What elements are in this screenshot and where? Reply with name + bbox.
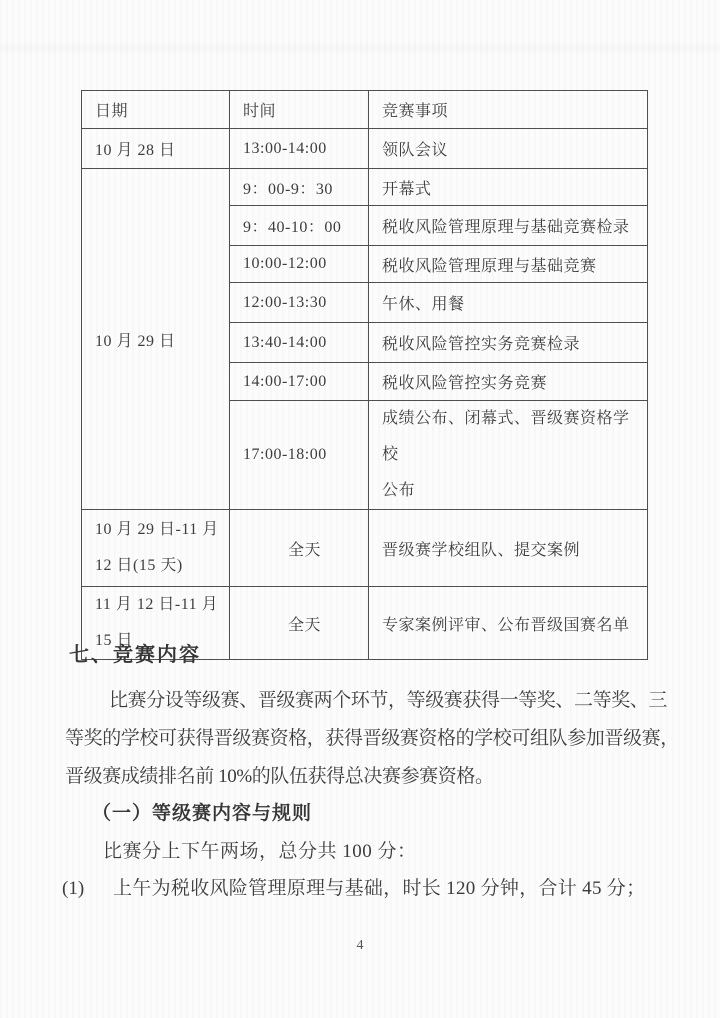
event-cell: 领队会议 xyxy=(369,129,648,169)
page-number: 4 xyxy=(0,938,720,954)
time-cell: 全天 xyxy=(230,587,369,660)
table-row: 10 月 29 日-11 月 12 日(15 天) 全天 晋级赛学校组队、提交案… xyxy=(82,510,648,587)
list-item-1: (1)上午为税收风险管理原理与基础，时长 120 分钟，合计 45 分； xyxy=(62,873,645,900)
event-cell: 税收风险管控实务竞赛 xyxy=(369,363,648,401)
date-cell-merged: 10 月 29 日 xyxy=(82,169,230,510)
document-page: 日期 时间 竞赛事项 10 月 28 日 13:00-14:00 领队会议 10… xyxy=(0,0,720,1018)
col-header-time: 时间 xyxy=(230,91,369,129)
schedule-table: 日期 时间 竞赛事项 10 月 28 日 13:00-14:00 领队会议 10… xyxy=(81,90,648,660)
time-cell: 14:00-17:00 xyxy=(230,363,369,401)
paragraph-line: 等奖的学校可获得晋级赛资格，获得晋级赛资格的学校可组队参加晋级赛， xyxy=(65,723,679,750)
table-header-row: 日期 时间 竞赛事项 xyxy=(82,91,648,129)
table-row: 10 月 29 日 9：00-9：30 开幕式 xyxy=(82,169,648,206)
event-cell: 成绩公布、闭幕式、晋级赛资格学校 公布 xyxy=(369,401,648,510)
paragraph-line: 比赛分设等级赛、晋级赛两个环节，等级赛获得一等奖、二等奖、三 xyxy=(65,685,667,712)
time-cell: 9：00-9：30 xyxy=(230,169,369,206)
col-header-event: 竞赛事项 xyxy=(369,91,648,129)
event-cell: 税收风险管控实务竞赛检录 xyxy=(369,323,648,363)
time-cell: 9：40-10：00 xyxy=(230,206,369,246)
col-header-date: 日期 xyxy=(82,91,230,129)
event-cell: 开幕式 xyxy=(369,169,648,206)
time-cell: 10:00-12:00 xyxy=(230,246,369,283)
event-cell: 午休、用餐 xyxy=(369,283,648,323)
time-cell: 13:40-14:00 xyxy=(230,323,369,363)
time-cell: 13:00-14:00 xyxy=(230,129,369,169)
date-cell: 10 月 28 日 xyxy=(82,129,230,169)
list-item-marker: (1) xyxy=(62,878,113,900)
time-cell: 12:00-13:30 xyxy=(230,283,369,323)
time-cell: 全天 xyxy=(230,510,369,587)
intro-line: 比赛分上下午两场，总分共 100 分： xyxy=(103,836,417,863)
time-cell: 17:00-18:00 xyxy=(230,401,369,510)
section-heading: 七、竞赛内容 xyxy=(69,638,201,667)
sub-section-heading: （一）等级赛内容与规则 xyxy=(92,798,312,825)
event-cell: 专家案例评审、公布晋级国赛名单 xyxy=(369,587,648,660)
table-row: 10 月 28 日 13:00-14:00 领队会议 xyxy=(82,129,648,169)
paragraph-line: 晋级赛成绩排名前 10%的队伍获得总决赛参赛资格。 xyxy=(65,761,494,788)
list-item-text: 上午为税收风险管理原理与基础，时长 120 分钟，合计 45 分； xyxy=(113,878,645,899)
event-cell: 税收风险管理原理与基础竞赛检录 xyxy=(369,206,648,246)
event-cell: 晋级赛学校组队、提交案例 xyxy=(369,510,648,587)
date-cell: 10 月 29 日-11 月 12 日(15 天) xyxy=(82,510,230,587)
event-cell: 税收风险管理原理与基础竞赛 xyxy=(369,246,648,283)
